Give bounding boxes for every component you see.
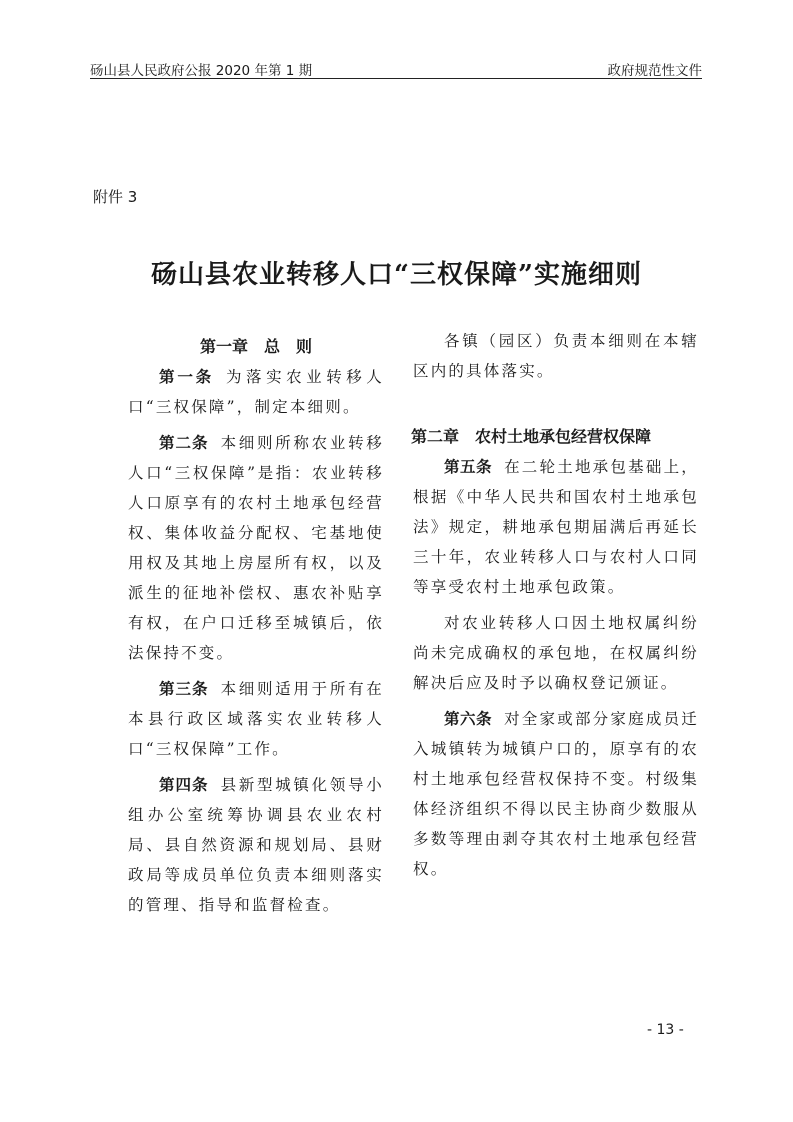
article-5-paragraph-2: 对农业转移人口因土地权属纠纷尚未完成确权的承包地，在权属纠纷解决后应及时予以确权… [413,608,699,698]
article-label: 第四条 [159,776,209,794]
bulletin-issue: 砀山县人民政府公报 2020 年第 1 期 [90,59,312,79]
document-category: 政府规范性文件 [608,59,703,79]
article-5: 第五条在二轮土地承包基础上，根据《中华人民共和国农村土地承包法》规定，耕地承包期… [413,452,699,602]
page-number: - 13 - [647,1022,684,1038]
article-2: 第二条本细则所称农业转移人口“三权保障”是指：农业转移人口原享有的农村土地承包经… [128,428,384,668]
article-4: 第四条县新型城镇化领导小组办公室统筹协调县农业农村局、县自然资源和规划局、县财政… [128,770,384,920]
article-6: 第六条对全家或部分家庭成员迁入城镇转为城镇户口的，原享有的农村土地承包经营权保持… [413,704,699,884]
article-label: 第三条 [159,680,209,698]
article-text: 在二轮土地承包基础上，根据《中华人民共和国农村土地承包法》规定，耕地承包期届满后… [413,458,699,596]
article-label: 第五条 [444,458,492,476]
article-label: 第二条 [159,434,209,452]
article-text: 本细则所称农业转移人口“三权保障”是指：农业转移人口原享有的农村土地承包经营权、… [128,434,384,662]
left-column: 第一章 总 则 第一条为落实农业转移人口“三权保障”，制定本细则。 第二条本细则… [128,332,384,926]
article-text: 县新型城镇化领导小组办公室统筹协调县农业农村局、县自然资源和规划局、县财政局等成… [128,776,384,914]
chapter-2-heading: 第二章 农村土地承包经营权保障 [411,422,699,452]
right-column: 各镇（园区）负责本细则在本辖区内的具体落实。 第二章 农村土地承包经营权保障 第… [413,326,699,890]
article-label: 第六条 [444,710,492,728]
spacer [413,392,699,422]
article-4-continued: 各镇（园区）负责本细则在本辖区内的具体落实。 [413,326,699,386]
attachment-label: 附件 3 [93,186,137,207]
page-header: 砀山县人民政府公报 2020 年第 1 期 政府规范性文件 [90,58,702,79]
document-title: 砀山县农业转移人口“三权保障”实施细则 [0,254,793,291]
article-label: 第一条 [159,368,214,386]
article-text: 对全家或部分家庭成员迁入城镇转为城镇户口的，原享有的农村土地承包经营权保持不变。… [413,710,699,878]
article-1: 第一条为落实农业转移人口“三权保障”，制定本细则。 [128,362,384,422]
chapter-1-heading: 第一章 总 则 [128,332,384,362]
article-3: 第三条本细则适用于所有在本县行政区域落实农业转移人口“三权保障”工作。 [128,674,384,764]
